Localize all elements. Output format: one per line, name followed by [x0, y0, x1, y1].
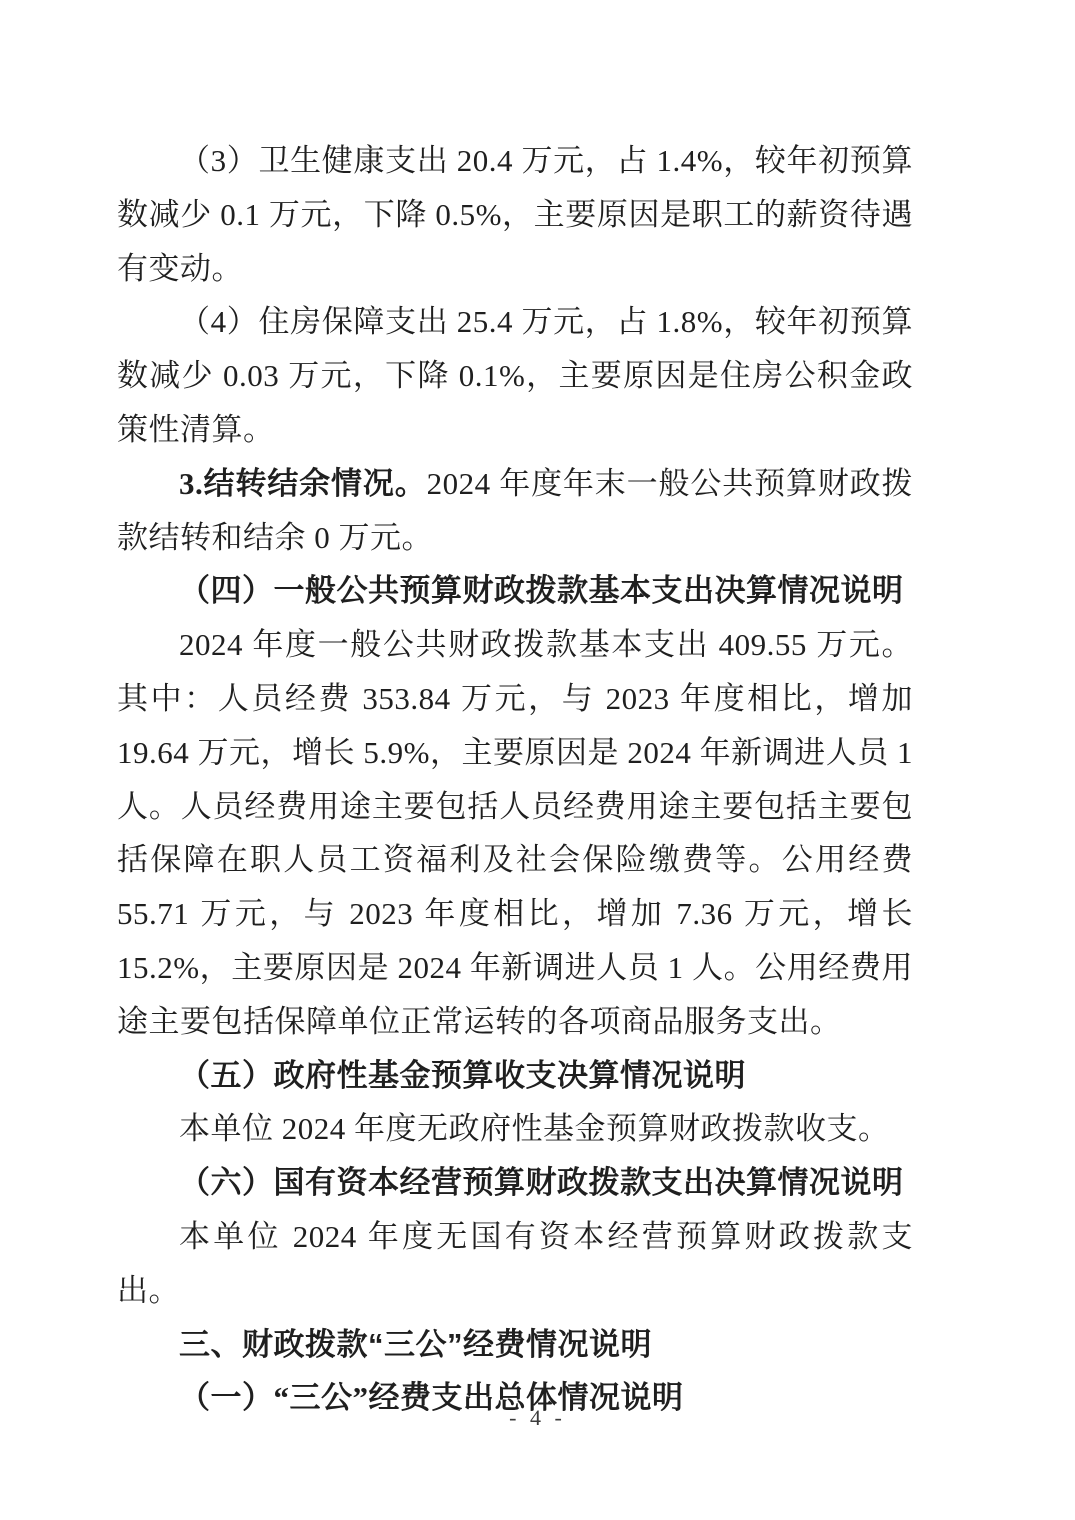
paragraph-no-government-fund: 本单位 2024 年度无政府性基金预算财政拨款收支。: [117, 1102, 913, 1156]
paragraph-housing-expenditure: （4）住房保障支出 25.4 万元，占 1.8%，较年初预算数减少 0.03 万…: [117, 295, 913, 456]
carryover-lead-label: 3.结转结余情况。: [179, 466, 427, 501]
paragraph-health-expenditure: （3）卫生健康支出 20.4 万元，占 1.4%，较年初预算数减少 0.1 万元…: [117, 134, 913, 295]
paragraph-no-state-capital: 本单位 2024 年度无国有资本经营预算财政拨款支出。: [117, 1210, 913, 1318]
document-body: （3）卫生健康支出 20.4 万元，占 1.4%，较年初预算数减少 0.1 万元…: [117, 134, 913, 1425]
document-page: （3）卫生健康支出 20.4 万元，占 1.4%，较年初预算数减少 0.1 万元…: [0, 0, 1075, 1520]
paragraph-carryover-balance: 3.结转结余情况。2024 年度年末一般公共预算财政拨款结转和结余 0 万元。: [117, 457, 913, 565]
heading-section-six-state-capital: （六）国有资本经营预算财政拨款支出决算情况说明: [117, 1156, 913, 1210]
heading-section-five-government-fund: （五）政府性基金预算收支决算情况说明: [117, 1049, 913, 1103]
page-number: - 4 -: [0, 1402, 1075, 1434]
heading-part-three-san-gong-funds: 三、财政拨款“三公”经费情况说明: [117, 1318, 913, 1372]
paragraph-basic-expenditure-detail: 2024 年度一般公共财政拨款基本支出 409.55 万元。其中：人员经费 35…: [117, 618, 913, 1048]
heading-section-four-basic-expenditure: （四）一般公共预算财政拨款基本支出决算情况说明: [117, 564, 913, 618]
